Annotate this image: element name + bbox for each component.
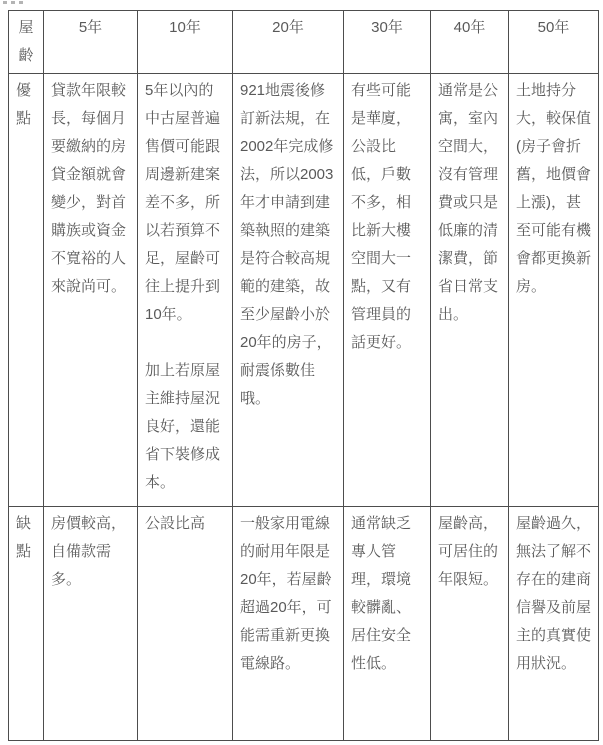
advantages-cell-30y: 有些可能是華廈，公設比低，戶數不多，相比新大樓空間大一點，又有管理員的話更好。 [344, 74, 431, 507]
house-age-comparison-table: 屋齡 5年 10年 20年 30年 40年 50年 優點 貸款年限較長，每個月要… [8, 10, 599, 741]
disadvantages-cell-50y: 屋齡過久，無法了解不存在的建商信譽及前屋主的真實使用狀況。 [509, 507, 599, 741]
column-header-40y: 40年 [431, 11, 509, 74]
advantages-cell-5y: 貸款年限較長，每個月要繳納的房貸金額就會變少，對首購族或資金不寬裕的人來說尚可。 [44, 74, 138, 507]
column-header-10y: 10年 [138, 11, 233, 74]
disadvantages-cell-20y: 一般家用電線的耐用年限是 20年，若屋齡超過20年，可能需重新更換電線路。 [233, 507, 344, 741]
row-label-disadvantages: 缺點 [9, 507, 44, 741]
advantages-cell-40y: 通常是公寓，室內空間大，沒有管理費或只是低廉的清潔費，節省日常支出。 [431, 74, 509, 507]
disadvantages-row: 缺點 房價較高，自備款需多。 公設比高 一般家用電線的耐用年限是 20年，若屋齡… [9, 507, 599, 741]
disadvantages-cell-30y: 通常缺乏專人管理，環境較髒亂、居住安全性低。 [344, 507, 431, 741]
column-header-50y: 50年 [509, 11, 599, 74]
advantages-cell-20y: 921地震後修訂新法規，在2002年完成修法，所以2003年才申請到建築執照的建… [233, 74, 344, 507]
row-label-advantages: 優點 [9, 74, 44, 507]
corner-header-house-age: 屋齡 [9, 11, 44, 74]
advantages-cell-10y: 5年以內的中古屋普遍售價可能跟周邊新建案差不多，所以若預算不足，屋齡可往上提升到… [138, 74, 233, 507]
table-header-row: 屋齡 5年 10年 20年 30年 40年 50年 [9, 11, 599, 74]
disadvantages-cell-40y: 屋齡高，可居住的年限短。 [431, 507, 509, 741]
column-header-30y: 30年 [344, 11, 431, 74]
document-page: 屋齡 5年 10年 20年 30年 40年 50年 優點 貸款年限較長，每個月要… [0, 0, 603, 745]
column-header-20y: 20年 [233, 11, 344, 74]
disadvantages-cell-5y: 房價較高，自備款需多。 [44, 507, 138, 741]
advantages-cell-50y: 土地持分大，較保值 (房子會折舊，地價會上漲)，甚至可能有機會都更換新房。 [509, 74, 599, 507]
cropped-text-remnant [3, 0, 39, 5]
advantages-row: 優點 貸款年限較長，每個月要繳納的房貸金額就會變少，對首購族或資金不寬裕的人來說… [9, 74, 599, 507]
disadvantages-cell-10y: 公設比高 [138, 507, 233, 741]
column-header-5y: 5年 [44, 11, 138, 74]
